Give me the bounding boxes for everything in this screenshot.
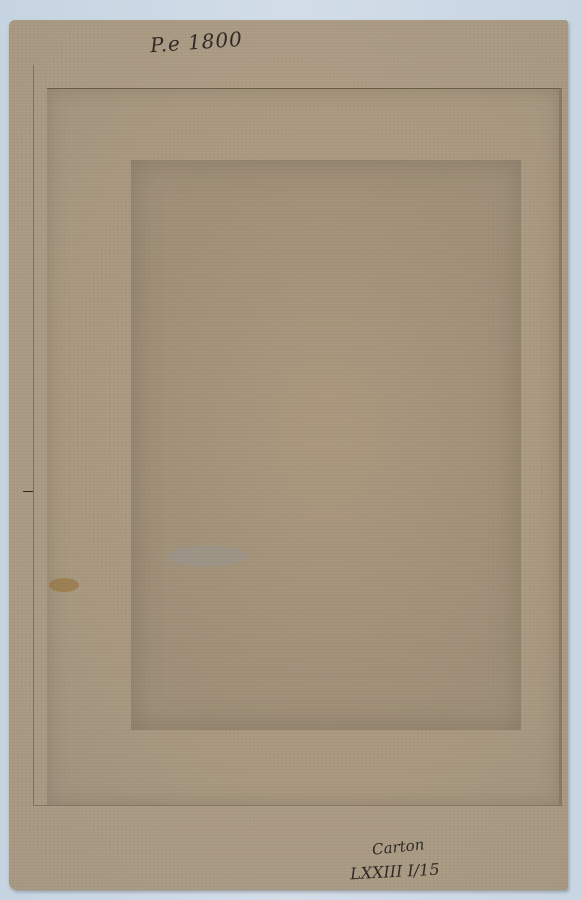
stain-mark: [167, 545, 247, 567]
mount-edge-bottom: [33, 805, 563, 806]
pencil-tick: [23, 491, 33, 492]
mount-edge-left: [33, 65, 34, 805]
rust-stain: [49, 578, 79, 592]
show-through-image: [131, 160, 521, 730]
paper-card: [9, 20, 568, 890]
